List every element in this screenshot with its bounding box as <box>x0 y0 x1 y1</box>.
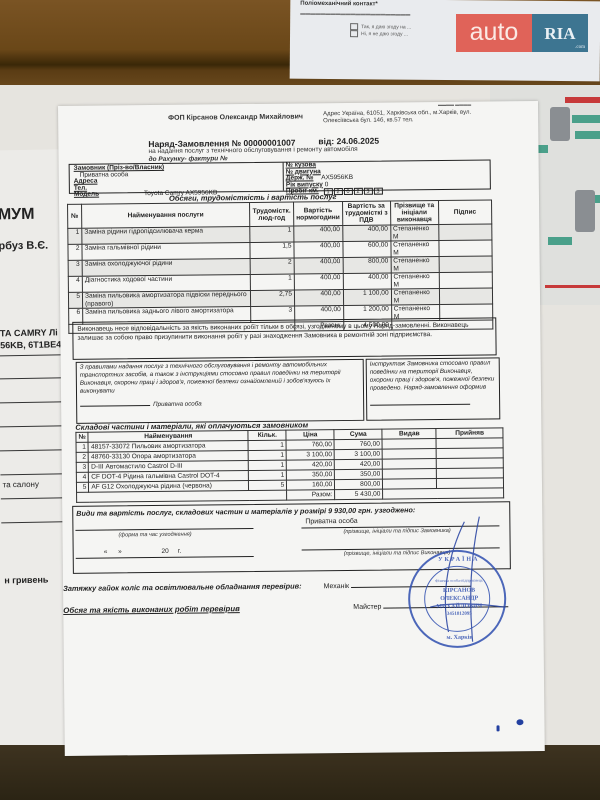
total-spacer <box>77 490 287 502</box>
part-received <box>437 458 504 469</box>
total-spacer <box>383 488 504 499</box>
service-signature <box>439 240 493 257</box>
executor-signature-line <box>370 404 470 406</box>
part-received <box>436 448 503 459</box>
part-qty: 5 <box>249 480 287 490</box>
service-rate: 400,00 <box>294 290 343 307</box>
service-name: Діагностика ходової частини <box>82 274 250 292</box>
service-worker: Степаненко М <box>391 289 439 306</box>
services-table: № Найменування послуги Трудомістк. люд-г… <box>67 199 493 333</box>
part-no: 1 <box>76 442 88 452</box>
catalog-tool-image <box>550 107 570 141</box>
vehicle-info: № кузова № двигуна Держ. № AX5956KB Рік … <box>283 160 490 190</box>
parts-total-label: Разом: <box>287 490 335 501</box>
order-subtitle: на надання послуг з технічного обслугову… <box>148 146 357 155</box>
form-code: ▬▬▬▬ ▬▬▬▬ <box>438 102 471 107</box>
catalog-red-label <box>565 97 600 103</box>
col-header-received: Прийняв <box>436 428 503 439</box>
catalog-green-label <box>575 131 600 139</box>
col-header-worker: Прізвище та ініціали виконавця <box>390 201 438 226</box>
service-worker: Степаненко М <box>391 273 439 290</box>
service-no: 4 <box>68 276 82 292</box>
ink-spot <box>497 725 500 731</box>
col-header-sum: Сума <box>334 429 382 440</box>
catalog-tool-image <box>575 190 595 232</box>
part-sum: 350,00 <box>335 469 383 480</box>
service-cost: 1 100,00 <box>343 289 391 306</box>
mechanic-label: Механік <box>324 583 350 590</box>
part-qty: 1 <box>249 470 287 480</box>
service-worker: Степаненко М <box>391 257 439 274</box>
left-doc-amount: н гривень <box>4 575 48 586</box>
left-doc-title: МУМ <box>0 206 35 225</box>
client-vehicle-box: Замовник (Пріз-во/Власник) Приватна особ… <box>69 159 491 193</box>
col-header-no: № <box>76 432 88 442</box>
services-table-body: 1Заміна рідини гідропідсилювача керма140… <box>68 224 493 333</box>
catalog-green-label <box>572 115 600 123</box>
autoria-logo-suffix: .com <box>575 45 585 51</box>
rules-left-text: З правилами надання послуг з технічного … <box>80 361 360 396</box>
quality-check-statement: Обсяг та якість виконаних робіт перевіри… <box>63 604 240 615</box>
col-header-cost: Вартість за трудомісткі з ПДВ <box>342 201 390 226</box>
parts-table: № Найменування Кільк. Ціна Сума Видав Пр… <box>75 427 504 502</box>
mileage-digit: 2 <box>354 188 363 195</box>
catalog-green-label <box>595 195 600 203</box>
autoria-logo-ria-text: RIA <box>544 24 575 43</box>
col-header-no: № <box>68 204 82 228</box>
agreement-date-line <box>76 556 254 559</box>
rules-right-text: Інструктаж Замовника стосовно правил пов… <box>370 359 496 392</box>
service-hours: 1,5 <box>250 242 294 258</box>
part-issued <box>383 469 437 480</box>
part-no: 3 <box>76 462 88 472</box>
service-hours: 2,75 <box>250 290 294 306</box>
consent-checkbox-no <box>350 30 358 37</box>
col-header-rate: Вартість нормогодини <box>294 202 343 227</box>
part-sum: 800,00 <box>335 479 383 490</box>
service-signature <box>438 224 492 241</box>
service-rate: 400,00 <box>294 274 343 291</box>
wheel-check-text: Затяжку гайок коліс та освітлювальне обл… <box>63 581 302 592</box>
part-price: 350,00 <box>287 470 335 481</box>
part-price: 420,00 <box>287 460 335 471</box>
customer-signature-line <box>80 405 150 407</box>
part-sum: 3 100,00 <box>334 449 382 460</box>
service-signature <box>439 288 493 305</box>
service-name: Заміна рідини гідропідсилювача керма <box>82 226 250 244</box>
autoria-logo-ria: RIA .com <box>532 14 588 52</box>
left-doc-plate: 56KB, 6T1BE4 <box>0 339 61 350</box>
ink-spot <box>516 719 523 725</box>
service-signature <box>439 272 493 289</box>
official-stamp: УКРАЇНА Фізична особа-підприємець КІРСАН… <box>408 549 507 648</box>
service-signature <box>439 256 493 273</box>
part-price: 3 100,00 <box>286 450 334 461</box>
left-doc-car: ТА CAMRY Лі <box>0 327 58 338</box>
service-name: Заміна гальмівної рідини <box>82 242 250 260</box>
consent-checkbox-yes <box>350 23 358 30</box>
consent-option-no: Ні, я не даю згоду ... <box>361 31 408 37</box>
part-no: 2 <box>76 452 88 462</box>
service-hours: 2 <box>250 258 294 274</box>
service-name: Заміна охолоджуючої рідини <box>82 258 250 276</box>
rules-left-signer: Приватна особа <box>153 401 202 409</box>
service-rate: 400,00 <box>294 242 343 259</box>
responsibility-notice: Виконавець несе відповідальність за якіс… <box>72 317 496 359</box>
part-issued <box>383 459 437 470</box>
col-header-issued: Видав <box>382 429 436 440</box>
part-price: 760,00 <box>286 440 334 451</box>
model-label: Модель <box>74 192 114 199</box>
mileage-digit: 0 <box>344 188 353 195</box>
agreement-form-caption: (форма та час узгодження) <box>118 532 191 539</box>
service-no: 3 <box>68 260 82 276</box>
agreement-title: Види та вартість послуг, складових части… <box>76 505 415 518</box>
service-name: Заміна пильовика амортизатора підвіски п… <box>82 290 250 308</box>
left-doc-owner: рбуз В.Є. <box>0 240 48 253</box>
service-hours: 1 <box>250 226 294 242</box>
part-qty: 1 <box>248 450 286 460</box>
part-received <box>436 438 503 449</box>
col-header-signature: Підпис <box>438 200 492 225</box>
service-worker: Степаненко М <box>390 225 438 242</box>
signature-scribble <box>409 511 508 652</box>
customer-rules-acknowledgement: З правилами надання послуг з технічного … <box>76 359 365 424</box>
part-qty: 1 <box>248 440 286 450</box>
part-received <box>437 468 504 479</box>
part-issued <box>382 439 436 450</box>
parts-table-body: 148157-33072 Пильовик амортизатора1760,0… <box>76 438 504 502</box>
year-value: 0 <box>325 181 329 188</box>
master-label: Майстер <box>353 604 381 611</box>
agreement-customer-name: Приватна особа <box>305 518 357 526</box>
service-cost: 400,00 <box>343 273 391 290</box>
service-rate: 400,00 <box>294 258 343 275</box>
parts-total-value: 5 430,00 <box>335 489 383 500</box>
mileage-digit: 3 <box>364 188 373 195</box>
service-no: 2 <box>68 244 82 260</box>
service-cost: 400,00 <box>342 225 390 242</box>
background-document-text: Поліомеханічний контакт* ▬▬▬▬▬▬▬▬▬▬▬▬▬▬▬… <box>300 1 470 38</box>
col-header-service: Найменування послуги <box>82 202 250 228</box>
part-sum: 760,00 <box>334 439 382 450</box>
service-no: 5 <box>68 292 82 308</box>
service-hours: 1 <box>250 274 294 290</box>
catalog-green-label <box>548 237 572 245</box>
service-worker: Степаненко М <box>391 241 439 258</box>
company-name: ФОП Кірсанов Олександр Михайлович <box>168 113 303 121</box>
col-header-qty: Кільк. <box>248 430 286 440</box>
catalog-red-text <box>545 285 600 288</box>
col-header-price: Ціна <box>286 430 334 441</box>
agreement-form-line <box>75 528 253 531</box>
service-rate: 400,00 <box>294 226 343 243</box>
service-no: 1 <box>68 228 82 244</box>
mileage-digit: 3 <box>374 188 383 195</box>
part-qty: 1 <box>249 460 287 470</box>
agreement-date: « » 20 г. <box>104 548 182 556</box>
part-price: 160,00 <box>287 480 335 491</box>
order-date: від: 24.06.2025 <box>318 136 379 147</box>
part-no: 5 <box>76 482 88 492</box>
part-issued <box>382 449 436 460</box>
part-issued <box>383 479 437 490</box>
company-address: Адрес Україна, 61051, Харківська обл., м… <box>323 110 473 126</box>
executor-briefing-note: Інструктаж Замовника стосовно правил пов… <box>366 357 501 420</box>
part-sum: 420,00 <box>335 459 383 470</box>
work-order-document: ▬▬▬▬ ▬▬▬▬ ФОП Кірсанов Олександр Михайло… <box>58 101 545 756</box>
service-cost: 800,00 <box>343 257 391 274</box>
service-cost: 600,00 <box>343 241 391 258</box>
autoria-logo-auto: auto <box>456 14 532 52</box>
left-doc-salon: та салону <box>3 480 39 490</box>
part-received <box>437 478 504 489</box>
col-header-hours: Трудомістк. люд-год <box>250 202 294 226</box>
part-no: 4 <box>76 472 88 482</box>
